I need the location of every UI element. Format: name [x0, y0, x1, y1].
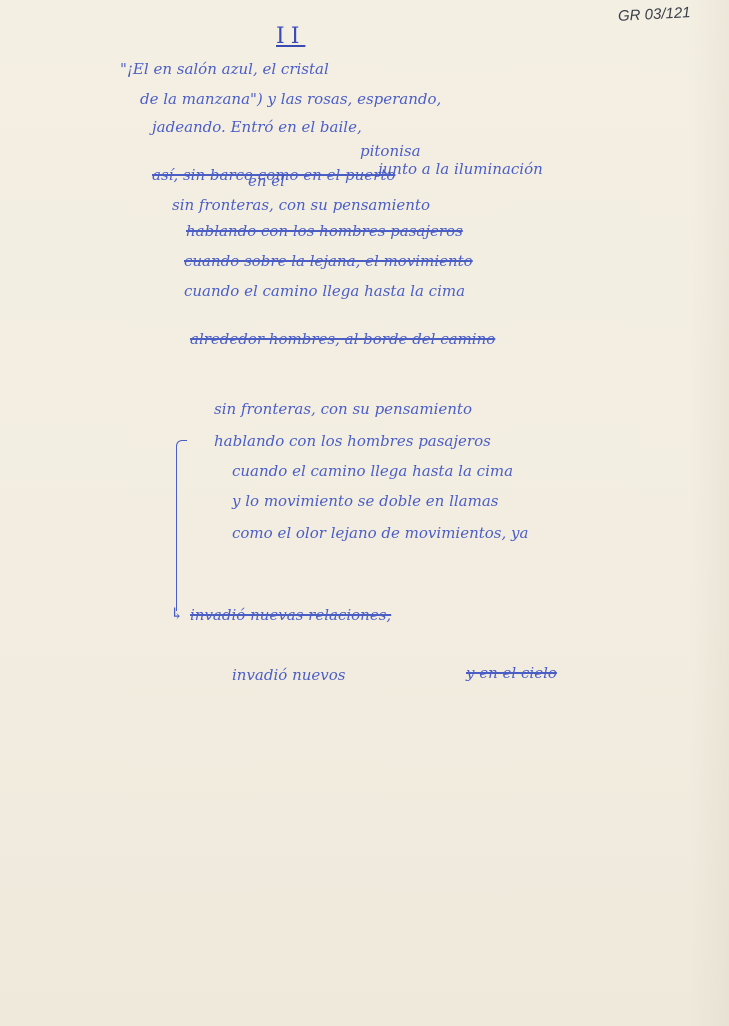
struck-line: alrededor hombres, al borde del camino [190, 330, 495, 348]
text-line: como el olor lejano de movimientos, ya [232, 524, 528, 542]
struck-line: invadió nuevas relaciones, [190, 606, 391, 624]
struck-line: hablando con los hombres pasajeros [186, 222, 463, 240]
chapter-heading: II [276, 24, 305, 49]
text-line: cuando el camino llega hasta la cima [184, 282, 465, 300]
text-line: hablando con los hombres pasajeros [214, 432, 491, 450]
text-line: jadeando. Entró en el baile, [152, 118, 362, 136]
page-shadow [689, 0, 729, 1026]
text-line: junto a la iluminación [378, 160, 543, 178]
text-line: invadió nuevos [232, 666, 345, 684]
text-line: sin fronteras, con su pensamiento [214, 400, 472, 418]
text-line: sin fronteras, con su pensamiento [172, 196, 430, 214]
struck-line: cuando sobre la lejana, el movimiento [184, 252, 473, 270]
struck-line: y en el cielo [466, 664, 557, 682]
archive-reference: GR 03/121 [618, 4, 691, 25]
manuscript-page: GR 03/121 II "¡El en salón azul, el cris… [0, 0, 729, 1026]
text-line: en el [248, 172, 285, 190]
text-line: pitonisa [360, 142, 421, 160]
text-line: "¡El en salón azul, el cristal [120, 60, 329, 78]
text-line: de la manzana") y las rosas, esperando, [140, 90, 441, 108]
text-line: cuando el camino llega hasta la cima [232, 462, 513, 480]
insertion-arrow-icon: ↳ [170, 604, 183, 623]
text-line: y lo movimiento se doble en llamas [232, 492, 498, 510]
insertion-bracket [176, 440, 187, 611]
